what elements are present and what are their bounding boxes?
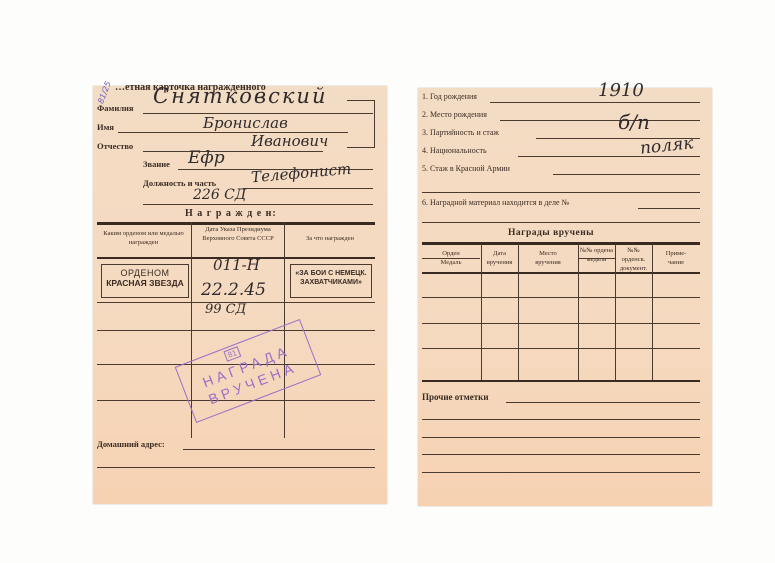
bracket-box [347, 100, 375, 148]
awards-table-top [422, 242, 700, 245]
birth-year-value: 1910 [598, 80, 644, 101]
award-handed-stamp: 81 НАГРАДА ВРУЧЕНА [175, 319, 322, 423]
address-line-1 [183, 449, 375, 450]
col-divider-1 [481, 244, 482, 381]
decree-date: 22.2.45 [201, 280, 266, 300]
award-card-back: 1. Год рождения 1910 2. Место рождения 3… [418, 88, 712, 506]
header-bottom-rule [422, 272, 700, 274]
birthplace-line [500, 120, 700, 121]
award-file-line [638, 208, 700, 209]
patronymic-line [143, 151, 323, 152]
home-address-label: Домашний адрес: [97, 439, 165, 449]
awarded-heading: Н а г р а ж д е н: [185, 208, 277, 219]
col-divider-3 [578, 244, 579, 381]
unit-line [143, 204, 373, 205]
award-stamp: ОРДЕНОМ КРАСНАЯ ЗВЕЗДА [101, 264, 189, 298]
patronymic-value: Иванович [251, 132, 328, 150]
nationality-value: поляк [639, 133, 694, 158]
army-service-line [553, 174, 700, 175]
birthplace-label: 2. Место рождения [422, 110, 487, 119]
birth-year-label: 1. Год рождения [422, 92, 477, 101]
rank-value: Ефр [188, 148, 225, 168]
reason-stamp: «ЗА БОИ С НЕМЕЦК. ЗАХВАТЧИКАМИ» [290, 264, 372, 298]
position-line [243, 188, 373, 189]
party-label: 3. Партийность и стаж [422, 128, 499, 137]
table-row-1 [422, 297, 700, 298]
notes-line-2 [422, 419, 700, 420]
notes-line-3 [422, 437, 700, 438]
col-doc-number-header: №№ орденск.документ. [615, 246, 652, 273]
name-label: Имя [97, 122, 114, 132]
rank-label: Звание [143, 159, 170, 169]
nationality-label: 4. Национальность [422, 146, 487, 155]
col-notes-header: Приме-чание [652, 249, 700, 267]
table-row-3 [422, 348, 700, 349]
award-card-front: …етная карточка награжденного 81/25 Фами… [93, 86, 387, 504]
unit-issued: 99 СД [205, 302, 246, 317]
awards-heading: Награды вручены [508, 228, 594, 238]
award-file-label: 6. Наградной материал находится в деле № [422, 198, 569, 207]
awards-top-rule [422, 222, 700, 223]
surname-label: Фамилия [97, 103, 134, 113]
notes-line-1 [506, 402, 700, 403]
award-stamp-line1: ОРДЕНОМ [102, 268, 188, 278]
unit-value: 226 СД [193, 187, 246, 203]
col-order-number-header: №№ орденамедали [578, 246, 615, 264]
table-row-2 [422, 323, 700, 324]
patronymic-label: Отчество [97, 141, 133, 151]
col-decree-header: Дата Указа Президиума Верховного Совета … [193, 225, 283, 243]
birth-year-line [490, 102, 700, 103]
order-medal-divider [422, 258, 480, 259]
notes-line-4 [422, 454, 700, 455]
order-number: 011-Н [213, 256, 260, 274]
reason-stamp-line2: ЗАХВАТЧИКАМИ» [291, 279, 371, 286]
row-line-2 [97, 330, 375, 331]
nationality-line [518, 156, 700, 157]
army-service-line-2 [422, 192, 700, 193]
army-service-label: 5. Стаж в Красной Армии [422, 164, 510, 173]
other-notes-label: Прочие отметки [422, 392, 489, 402]
name-value: Бронислав [203, 114, 288, 132]
position-value: Телефонист [250, 160, 351, 187]
col-date-header: Датавручения [481, 249, 518, 267]
order-number-divider [578, 258, 615, 259]
address-line-2 [97, 467, 375, 468]
party-value: б/п [618, 110, 650, 134]
award-stamp-line2: КРАСНАЯ ЗВЕЗДА [102, 278, 188, 288]
table-bottom-rule [422, 380, 700, 382]
surname-value: Снятковский [153, 84, 327, 108]
col-divider-4 [615, 244, 616, 381]
col-divider-2 [518, 244, 519, 381]
col-place-header: Местовручения [518, 249, 578, 267]
reason-stamp-line1: «ЗА БОИ С НЕМЕЦК. [291, 270, 371, 277]
col-award-header: Каким орденом или медалью награжден [97, 229, 190, 247]
col-reason-header: За что награжден [286, 234, 374, 243]
archive-mark: 81/25 [96, 80, 112, 105]
col-divider-5 [652, 244, 653, 381]
notes-line-5 [422, 472, 700, 473]
